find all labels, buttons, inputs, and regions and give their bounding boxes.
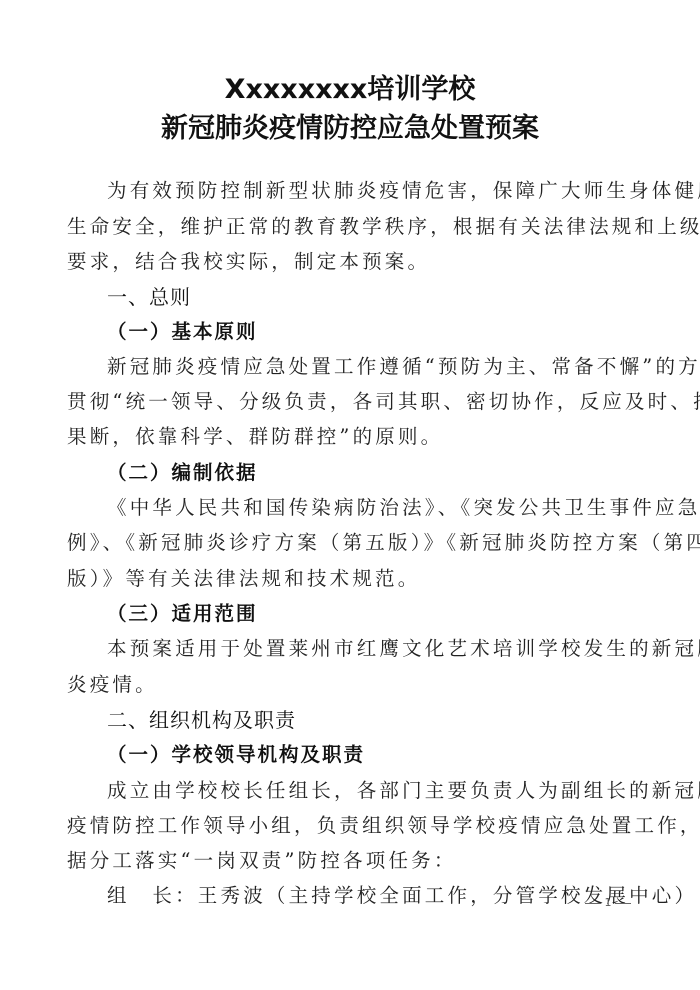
document-page: Xxxxxxxx培训学校 新冠肺炎疫情防控应急处置预案 为有效预防控制新型状肺炎…	[0, 0, 700, 990]
paragraph-line: 本预案适用于处置莱州市红鹰文化艺术培训学校发生的新冠肺	[107, 637, 673, 661]
page-number: 1	[585, 896, 631, 909]
paragraph-line: 成立由学校校长任组长，各部门主要负责人为副组长的新冠肺炎	[107, 779, 673, 803]
subsection-heading-basis: （二）编制依据	[107, 461, 258, 485]
page-number-value: 1	[605, 896, 612, 909]
subsection-heading-scope: （三）适用范围	[107, 602, 258, 626]
intro-line: 生命安全，维护正常的教育教学秩序，根据有关法律法规和上级部门	[67, 215, 633, 239]
paragraph-line: 炎疫情。	[67, 673, 633, 697]
paragraph-line: 果断，依靠科学、群防群控”的原则。	[67, 425, 633, 449]
subsection-heading-leadership: （一）学校领导机构及职责	[107, 743, 365, 767]
intro-line: 要求，结合我校实际，制定本预案。	[67, 250, 633, 274]
dash-decoration	[585, 903, 601, 904]
paragraph-line: 疫情防控工作领导小组，负责组织领导学校疫情应急处置工作，并根	[67, 814, 633, 838]
paragraph-line: 新冠肺炎疫情应急处置工作遵循“预防为主、常备不懈”的方针，	[107, 355, 673, 379]
section-heading-general: 一、总则	[107, 285, 191, 309]
paragraph-line: 据分工落实“一岗双责”防控各项任务：	[67, 849, 633, 873]
paragraph-line: 《中华人民共和国传染病防治法》、《突发公共卫生事件应急条	[107, 496, 673, 520]
section-heading-organization: 二、组织机构及职责	[107, 708, 296, 732]
dash-decoration	[615, 903, 631, 904]
paragraph-line: 例》、《新冠肺炎诊疗方案（第五版）》《新冠肺炎防控方案（第四	[67, 531, 633, 555]
intro-line: 为有效预防控制新型状肺炎疫情危害，保障广大师生身体健康与	[107, 179, 673, 203]
subsection-heading-principles: （一）基本原则	[107, 320, 258, 344]
paragraph-line: 贯彻“统一领导、分级负责，各司其职、密切协作，反应及时、措施	[67, 390, 633, 414]
document-title-school: Xxxxxxxx培训学校	[0, 67, 700, 106]
paragraph-line: 版）》等有关法律法规和技术规范。	[67, 567, 633, 591]
document-title-plan: 新冠肺炎疫情防控应急处置预案	[0, 106, 700, 145]
